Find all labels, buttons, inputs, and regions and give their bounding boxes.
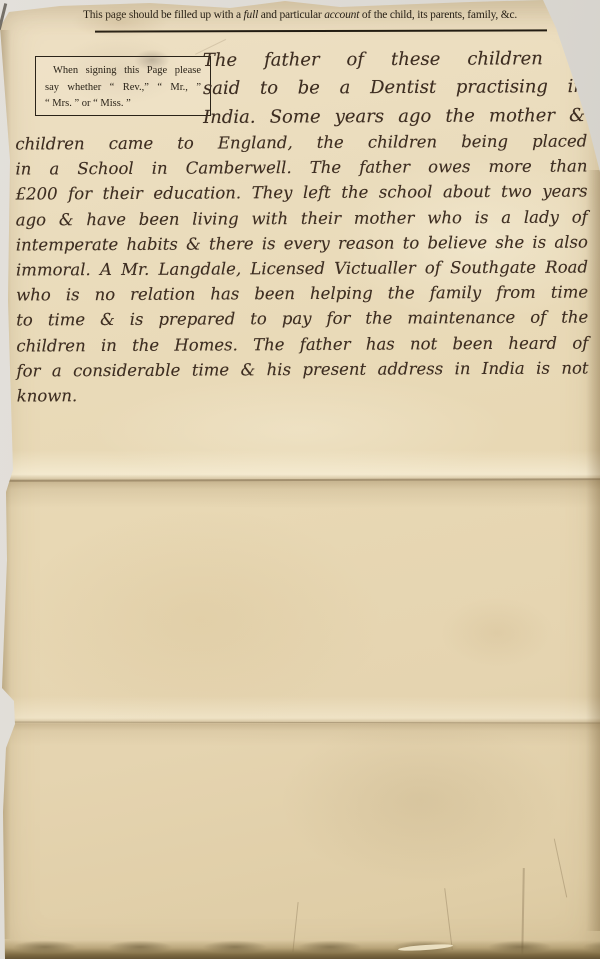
right-edge-shading [586,170,600,931]
header-text-middle: and particular [258,9,324,21]
handwritten-account-beside-note: The father of these children is said to … [203,45,585,132]
handwritten-line: said to be a Dentist practising in [203,73,585,103]
scan-background: This page should be filled up with a ful… [0,0,600,959]
crease-hairline [554,839,568,898]
signing-instructions-box: When signing this Page please say whethe… [35,56,211,116]
header-text-suffix: of the child, its parents, family, &c. [359,9,517,21]
signing-note-line: “ Mrs. ” or “ Miss. ” [45,96,201,113]
handwritten-line: ago & have been living with their mother… [16,204,588,232]
handwritten-line: children in the Homes. The father has no… [16,330,588,358]
handwritten-line: The father of these children is [203,45,585,75]
left-edge-shading [0,30,11,939]
handwritten-line: in a School in Camberwell. The father ow… [15,154,587,182]
document-page: This page should be filled up with a ful… [0,0,600,959]
paper-stain [55,0,185,44]
handwritten-line: £200 for their education. They left the … [16,179,588,207]
handwritten-line: children came to England, the children b… [15,129,587,157]
handwritten-line: India. Some years ago the mother & [203,102,585,132]
header-emphasis-account: account [324,9,359,21]
fold-crease-upper [0,450,600,508]
bottom-curl-scallops [0,938,600,954]
signing-note-line: say whether “ Rev.,” “ Mr., ” [45,80,201,97]
handwritten-line: intemperate habits & there is every reas… [16,229,588,257]
signing-note-line: When signing this Page please [45,63,201,80]
handwritten-line: who is no relation has been helping the … [16,280,588,308]
paper-stain [128,46,176,74]
header-emphasis-full: full [244,9,259,21]
handwritten-line: immoral. A Mr. Langdale, Licensed Victua… [16,255,588,283]
bottom-curl-edge [0,929,600,959]
handwritten-line: known. [17,381,589,409]
handwritten-line: to time & is prepared to pay for the mai… [16,305,588,333]
fold-crease-lower [0,696,600,746]
handwritten-account-full-width: children came to England, the children b… [15,129,588,409]
handwritten-line: for a considerable time & his present ad… [16,355,588,383]
paper-stain [422,585,572,680]
